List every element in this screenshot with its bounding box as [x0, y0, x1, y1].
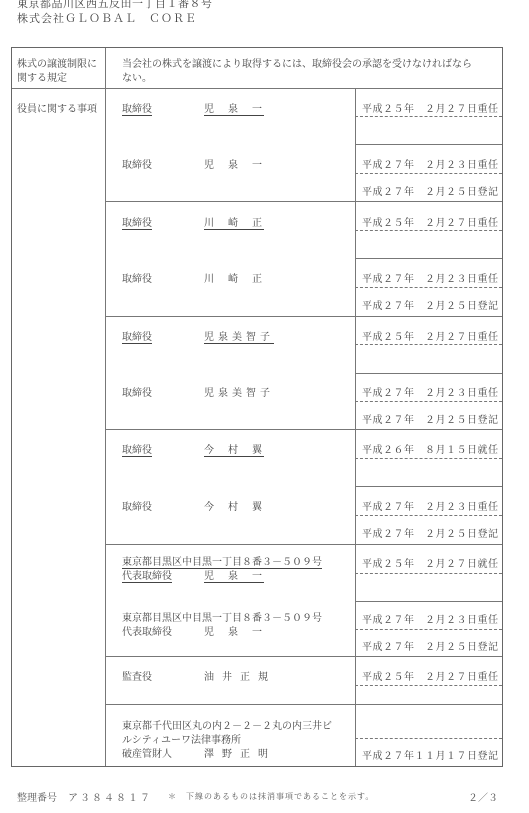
- registry-table: 株式の譲渡制限に 関する規定 当会社の株式を譲渡により取得するには、取締役会の承…: [11, 47, 503, 767]
- officer-date: 平成２７年 ２月２３日重任: [362, 384, 499, 399]
- officer-date: 平成２５年 ２月２７日就任: [362, 555, 499, 570]
- dashed-divider: [355, 573, 502, 574]
- reference-label: 整理番号: [17, 789, 57, 804]
- officer-date: 平成２７年 ２月２３日重任: [362, 270, 499, 285]
- officer-role: 取締役: [122, 384, 152, 399]
- dashed-divider: [355, 685, 502, 686]
- dashed-divider: [355, 173, 502, 174]
- divider: [355, 486, 502, 487]
- officer-date: 平成２５年 ２月２７日重任: [362, 214, 499, 229]
- divider: [105, 48, 106, 766]
- dashed-divider: [355, 458, 502, 459]
- officer-name: 児 泉 一: [204, 156, 264, 171]
- officer-role-struck: 取締役: [122, 214, 152, 229]
- officer-date: 平成２６年 ８月１５日就任: [362, 441, 499, 456]
- officer-name-struck: 児 泉 一: [204, 100, 264, 115]
- registration-date: 平成２７年 ２月２５日登記: [362, 638, 499, 653]
- officer-name: 今 村 翼: [204, 498, 264, 513]
- trustee-role: 破産管財人: [122, 745, 172, 760]
- officer-role-struck: 取締役: [122, 441, 152, 456]
- officer-role-struck: 取締役: [122, 328, 152, 343]
- officer-date: 平成２７年 ２月２３日重任: [362, 156, 499, 171]
- dashed-divider: [355, 344, 502, 345]
- divider: [105, 201, 502, 202]
- dashed-divider: [355, 515, 502, 516]
- divider: [105, 316, 502, 317]
- transfer-restriction-text: ない。: [122, 69, 152, 84]
- dashed-divider: [355, 738, 502, 739]
- director-address: 東京都目黒区中目黒一丁目８番３－５０９号: [122, 609, 322, 624]
- officer-date: 平成２７年 ２月２３日重任: [362, 498, 499, 513]
- officer-name: 児 泉 一: [204, 623, 264, 638]
- officer-name: 児泉美智子: [204, 384, 274, 399]
- director-address-struck: 東京都目黒区中目黒一丁目８番３－５０９号: [122, 553, 322, 568]
- dashed-divider: [355, 287, 502, 288]
- dashed-divider: [355, 629, 502, 630]
- officer-role-struck: 代表取締役: [122, 567, 172, 582]
- dashed-divider: [355, 230, 502, 231]
- officer-role: 代表取締役: [122, 623, 172, 638]
- officer-date: 平成２５年 ２月２７日重任: [362, 328, 499, 343]
- trustee-date: 平成２７年１１月１７日登記: [362, 747, 499, 762]
- divider: [105, 544, 502, 545]
- officer-role: 取締役: [122, 270, 152, 285]
- auditor-role: 監査役: [122, 668, 152, 683]
- divider: [12, 88, 502, 89]
- officer-role-struck: 取締役: [122, 100, 152, 115]
- auditor-name: 油井正規: [204, 668, 276, 683]
- transfer-restriction-label: 関する規定: [17, 69, 67, 84]
- dashed-divider: [355, 401, 502, 402]
- trustee-address: ルシティユーワ法律事務所: [122, 731, 241, 746]
- officer-date: 平成２５年 ２月２７日重任: [362, 100, 499, 115]
- transfer-restriction-text: 当会社の株式を譲渡により取得するには、取締役会の承認を受けなければなら: [122, 55, 472, 70]
- divider: [355, 601, 502, 602]
- divider: [105, 704, 502, 705]
- divider: [105, 656, 502, 657]
- officer-role: 取締役: [122, 156, 152, 171]
- officer-name-struck: 今 村 翼: [204, 441, 264, 456]
- officer-name-struck: 児 泉 一: [204, 567, 264, 582]
- officer-name-struck: 児泉美智子: [204, 328, 274, 343]
- company-name: 株式会社ＧＬＯＢＡＬ ＣＯＲＥ: [17, 10, 197, 26]
- registration-date: 平成２７年 ２月２５日登記: [362, 411, 499, 426]
- page-number: ２／３: [468, 789, 498, 804]
- transfer-restriction-label: 株式の譲渡制限に: [17, 55, 97, 70]
- auditor-date: 平成２５年 ２月２７日重任: [362, 668, 499, 683]
- dashed-divider: [355, 116, 502, 117]
- officer-name: 川 崎 正: [204, 270, 264, 285]
- trustee-address: 東京都千代田区丸の内２－２－２丸の内三井ビ: [122, 717, 332, 732]
- officer-name-struck: 川 崎 正: [204, 214, 264, 229]
- officer-role: 取締役: [122, 498, 152, 513]
- registration-date: 平成２７年 ２月２５日登記: [362, 183, 499, 198]
- officer-date: 平成２７年 ２月２３日重任: [362, 611, 499, 626]
- trustee-name: 澤野正明: [204, 745, 276, 760]
- divider: [105, 429, 502, 430]
- registration-date: 平成２７年 ２月２５日登記: [362, 297, 499, 312]
- registration-date: 平成２７年 ２月２５日登記: [362, 525, 499, 540]
- divider: [355, 144, 502, 145]
- divider: [355, 258, 502, 259]
- divider: [355, 88, 356, 766]
- footnote: ＊ 下線のあるものは抹消事項であることを示す。: [168, 791, 374, 802]
- officers-label: 役員に関する事項: [17, 100, 97, 115]
- reference-number: ア３８４８１７: [68, 789, 152, 804]
- divider: [355, 373, 502, 374]
